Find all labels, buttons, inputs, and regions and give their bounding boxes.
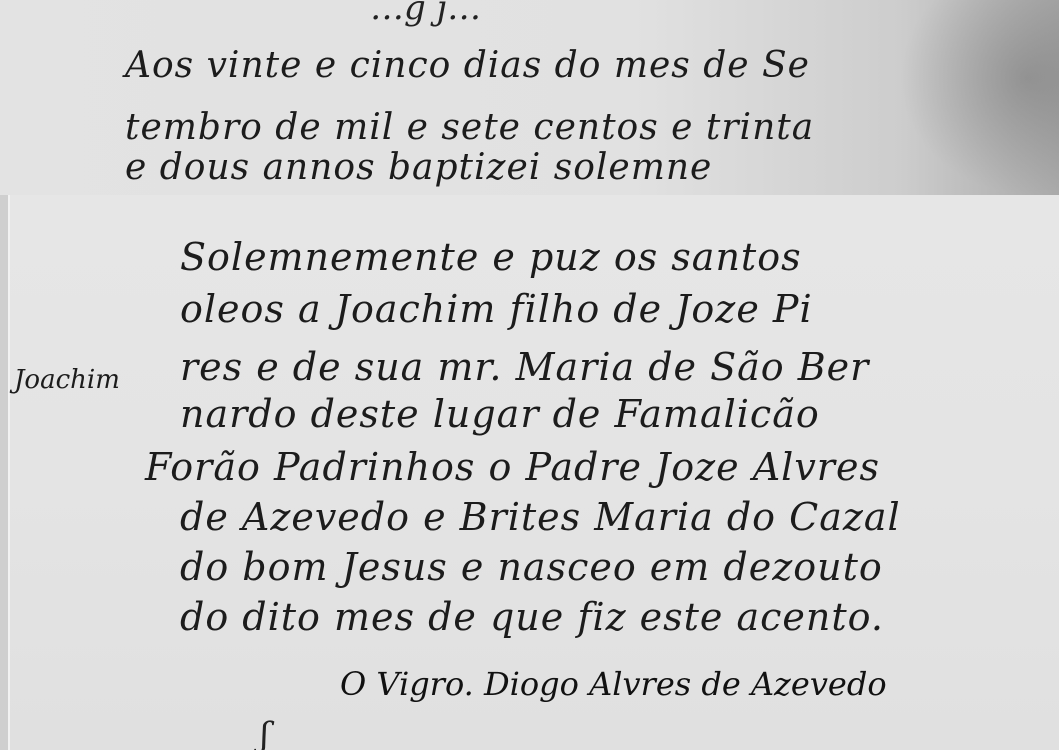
- margin-name-note: Joachim: [14, 365, 120, 395]
- record-line-7: do bom Jesus e nasceo em dezouto: [180, 548, 883, 586]
- record-line-3: res e de sua mr. Maria de São Ber: [180, 348, 869, 386]
- record-line-6: de Azevedo e Brites Maria do Cazal: [180, 498, 901, 536]
- vicar-signature: O Vigro. Diogo Alvres de Azevedo: [340, 665, 887, 703]
- record-line-2: oleos a Joachim filho de Joze Pi: [180, 290, 813, 328]
- document-page: …g j… Aos vinte e cinco dias do mes de S…: [0, 0, 1059, 750]
- record-line-5: Forão Padrinhos o Padre Joze Alvres: [145, 448, 880, 486]
- top-line-1: Aos vinte e cinco dias do mes de Se: [125, 48, 810, 84]
- top-line-2: tembro de mil e sete centos e trinta: [125, 110, 814, 146]
- bottom-scrawl: ʃ: [260, 715, 269, 750]
- top-line-3: e dous annos baptizei solemne: [125, 150, 712, 186]
- top-record-fragment: …g j… Aos vinte e cinco dias do mes de S…: [0, 0, 1059, 195]
- record-line-1: Solemnemente e puz os santos: [180, 238, 802, 276]
- record-line-4: nardo deste lugar de Famalicão: [180, 395, 820, 433]
- record-line-8: do dito mes de que fiz este acento.: [180, 598, 884, 636]
- top-scrawl-text: …g j…: [370, 0, 481, 28]
